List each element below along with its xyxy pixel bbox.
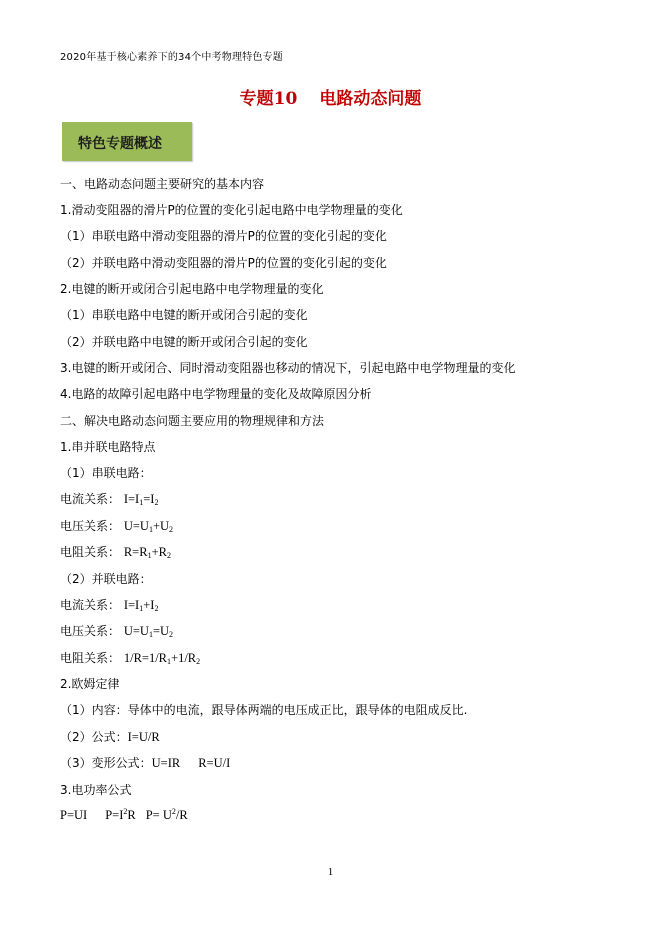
formula: U=U1=U2 <box>124 624 173 638</box>
series-resistance-row: 电阻关系： R=R1+R2 <box>60 543 171 560</box>
list-item: （2）并联电路中电键的断开或闭合引起的变化 <box>60 333 308 350</box>
topic-name: 电路动态问题 <box>319 89 421 109</box>
parallel-voltage-row: 电压关系： U=U1=U2 <box>60 622 173 639</box>
ohm-formula-row: （2）公式：I=U/R <box>60 728 160 745</box>
list-item: 1.滑动变阻器的滑片P的位置的变化引起电路中电学物理量的变化 <box>60 201 403 218</box>
ohm-content: （1）内容：导体中的电流，跟导体两端的电压成正比，跟导体的电阻成反比. <box>60 701 467 718</box>
series-voltage-row: 电压关系： U=U1+U2 <box>60 517 173 534</box>
list-item: 4.电路的故障引起电路中电学物理量的变化及故障原因分析 <box>60 385 371 402</box>
ohm-variant-row: （3）变形公式：U=IRR=U/I <box>60 754 230 771</box>
list-item: 3.电键的断开或闭合、同时滑动变阻器也移动的情况下，引起电路中电学物理量的变化 <box>60 359 515 376</box>
formula: 1/R=1/R1+1/R2 <box>124 651 200 665</box>
power-heading: 3.电功率公式 <box>60 781 131 798</box>
section-badge: 特色专题概述 <box>62 122 192 161</box>
ohm-heading: 2.欧姆定律 <box>60 675 119 692</box>
list-item: （2）并联电路中滑动变阻器的滑片P的位置的变化引起的变化 <box>60 254 387 271</box>
formula: R=R1+R2 <box>124 545 171 559</box>
list-item: 2.电键的断开或闭合引起电路中电学物理量的变化 <box>60 280 323 297</box>
running-header: 2020年基于核心素养下的34个中考物理特色专题 <box>60 48 283 63</box>
power-formulas: P=UIP=I2RP= U2/R <box>60 807 188 823</box>
badge-label: 特色专题概述 <box>78 133 162 153</box>
page-title: 专题10电路动态问题 <box>0 84 661 109</box>
parallel-current-row: 电流关系： I=I1+I2 <box>60 596 158 613</box>
page-number: 1 <box>0 866 661 878</box>
formula: U=U1+U2 <box>124 519 173 533</box>
list-item: （1）串联电路中电键的断开或闭合引起的变化 <box>60 306 308 323</box>
parallel-resistance-row: 电阻关系： 1/R=1/R1+1/R2 <box>60 649 200 666</box>
series-heading: （1）串联电路： <box>60 464 152 481</box>
section2-heading: 二、解决电路动态问题主要应用的物理规律和方法 <box>60 412 324 429</box>
list-item: （1）串联电路中滑动变阻器的滑片P的位置的变化引起的变化 <box>60 227 387 244</box>
subsection-heading: 1.串并联电路特点 <box>60 438 155 455</box>
parallel-heading: （2）并联电路： <box>60 570 152 587</box>
series-current-row: 电流关系： I=I1=I2 <box>60 490 158 507</box>
topic-number: 专题10 <box>240 89 298 109</box>
section1-heading: 一、电路动态问题主要研究的基本内容 <box>60 175 264 192</box>
formula: I=I1+I2 <box>124 598 159 612</box>
formula: I=I1=I2 <box>124 492 159 506</box>
